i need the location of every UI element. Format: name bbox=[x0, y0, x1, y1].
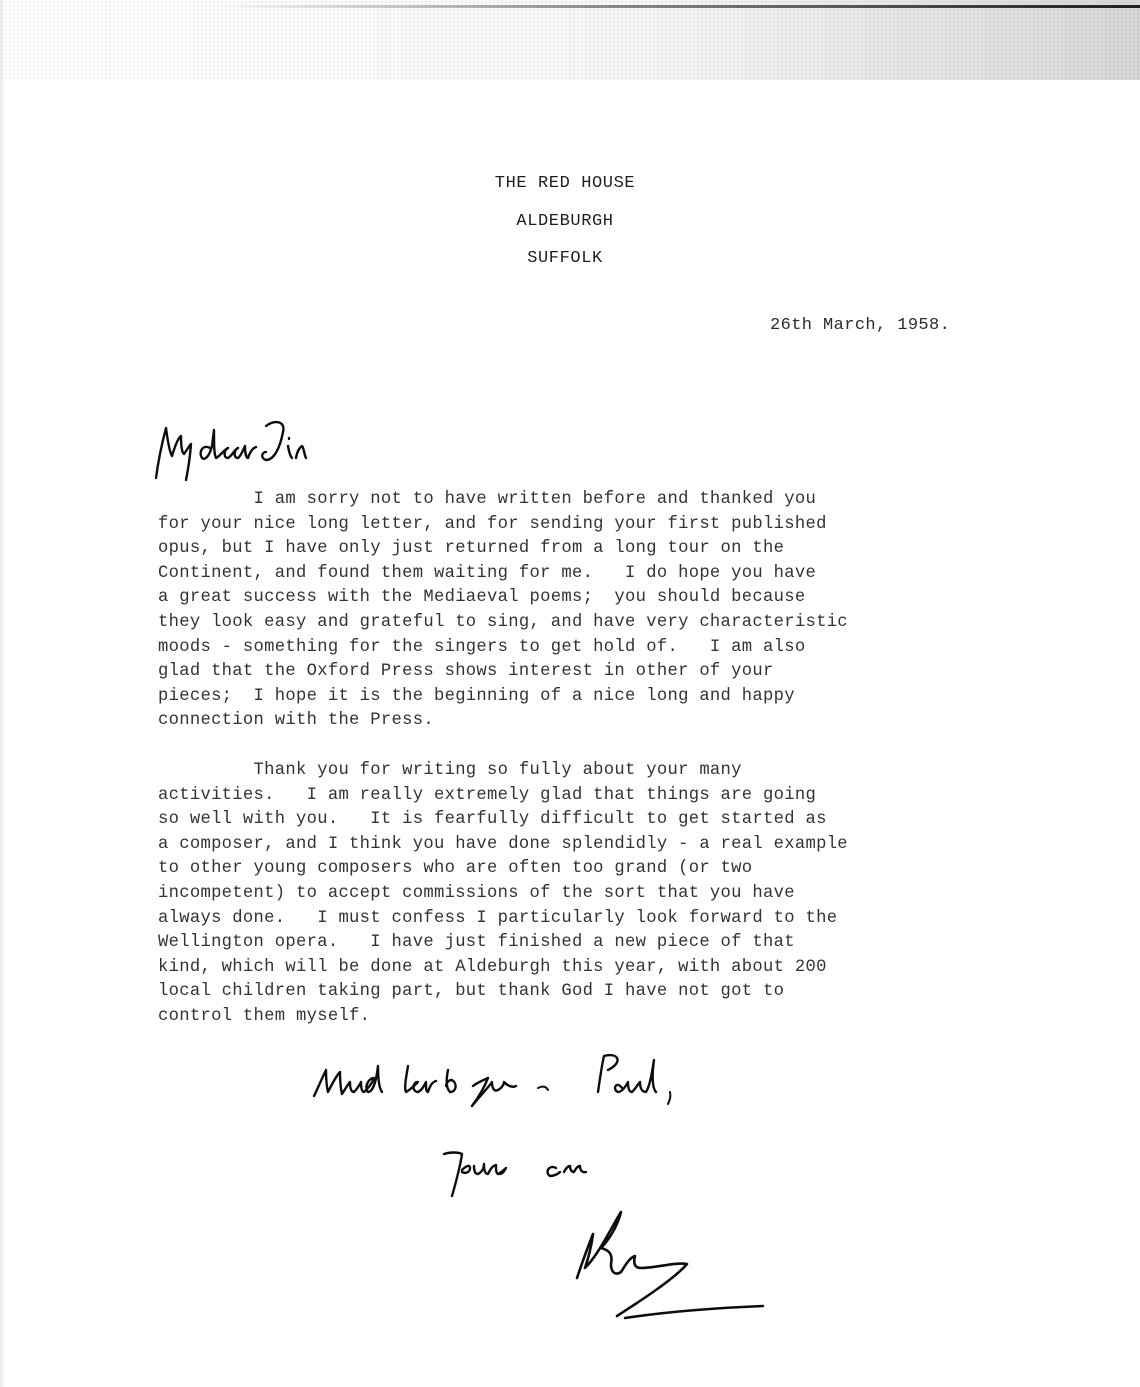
paragraph-line: connection with the Press. bbox=[158, 709, 848, 734]
signature-handwriting-icon bbox=[565, 1198, 765, 1328]
paragraph-line: Wellington opera. I have just finished a… bbox=[158, 931, 848, 956]
paragraph-line: kind, which will be done at Aldeburgh th… bbox=[158, 956, 848, 981]
paragraph-line: a composer, and I think you have done sp… bbox=[158, 833, 848, 858]
paragraph-line: I am sorry not to have written before an… bbox=[158, 488, 848, 513]
paragraph-line: local children taking part, but thank Go… bbox=[158, 980, 848, 1005]
handwritten-closing: Much love to you & Paul, bbox=[308, 1048, 788, 1123]
paragraph-line: Thank you for writing so fully about you… bbox=[158, 759, 848, 784]
paragraph-line: pieces; I hope it is the beginning of a … bbox=[158, 685, 848, 710]
paragraph-line: so well with you. It is fearfully diffic… bbox=[158, 808, 848, 833]
body-paragraph-2: Thank you for writing so fully about you… bbox=[158, 759, 848, 1030]
body-paragraph-1: I am sorry not to have written before an… bbox=[158, 488, 848, 734]
letterhead-address: THE RED HOUSE ALDEBURGH SUFFOLK bbox=[440, 165, 690, 278]
paragraph-line: for your nice long letter, and for sendi… bbox=[158, 513, 848, 538]
scan-left-shadow bbox=[0, 0, 6, 1387]
paragraph-line: incompetent) to accept commissions of th… bbox=[158, 882, 848, 907]
handwritten-signature: Ben bbox=[565, 1198, 765, 1333]
letterhead-line-town: ALDEBURGH bbox=[440, 203, 690, 241]
letterhead-line-house: THE RED HOUSE bbox=[440, 165, 690, 203]
paragraph-line: glad that the Oxford Press shows interes… bbox=[158, 660, 848, 685]
paragraph-line: control them myself. bbox=[158, 1005, 848, 1030]
handwritten-salutation: My dear Iain, bbox=[148, 408, 308, 493]
paragraph-line: moods - something for the singers to get… bbox=[158, 636, 848, 661]
paragraph-line: activities. I am really extremely glad t… bbox=[158, 784, 848, 809]
paragraph-line: they look easy and grateful to sing, and… bbox=[158, 611, 848, 636]
paragraph-line: Continent, and found them waiting for me… bbox=[158, 562, 848, 587]
closing-handwriting-icon bbox=[308, 1048, 788, 1118]
paragraph-line: opus, but I have only just returned from… bbox=[158, 537, 848, 562]
scan-artifact-band bbox=[0, 0, 1140, 80]
paragraph-line: to other young composers who are often t… bbox=[158, 857, 848, 882]
letter-date: 26th March, 1958. bbox=[770, 316, 950, 335]
salutation-handwriting-icon bbox=[148, 408, 308, 488]
scan-artifact-edge bbox=[220, 5, 1140, 8]
paragraph-line: always done. I must confess I particular… bbox=[158, 907, 848, 932]
letterhead-line-county: SUFFOLK bbox=[440, 240, 690, 278]
paragraph-line: a great success with the Mediaeval poems… bbox=[158, 586, 848, 611]
